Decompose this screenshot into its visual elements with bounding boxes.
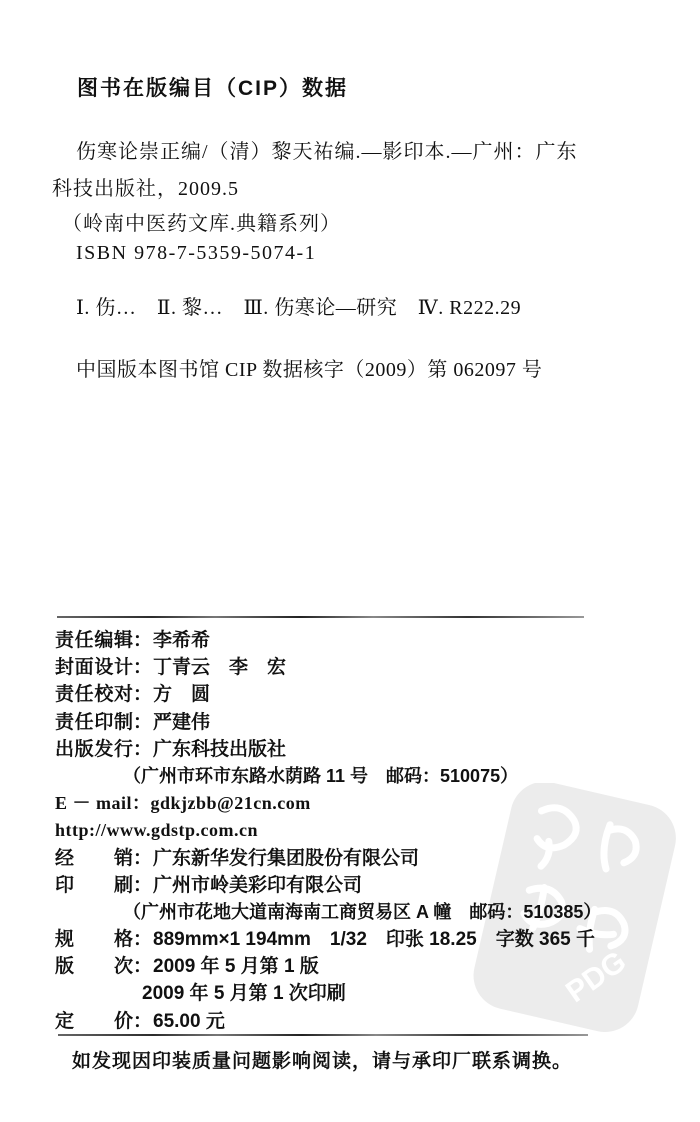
colophon-colon: ： bbox=[133, 627, 153, 654]
colophon-value: 广州市岭美彩印有限公司 bbox=[153, 875, 362, 896]
colophon-row: 规格：889mm×1 194mm 1/32 印张 18.25 字数 365 千 bbox=[55, 926, 655, 953]
colophon-label: 封面设计 bbox=[55, 654, 133, 681]
colophon-colon: ： bbox=[133, 736, 153, 763]
colophon-colon: ： bbox=[133, 953, 153, 980]
colophon-value: 2009 年 5 月第 1 次印刷 bbox=[142, 983, 346, 1004]
colophon-row: 经销：广东新华发行集团股份有限公司 bbox=[55, 845, 655, 872]
colophon-row: 印刷：广州市岭美彩印有限公司 bbox=[55, 872, 655, 899]
cip-series-note: （岭南中医药文库.典籍系列） bbox=[62, 207, 341, 236]
colophon-colon: ： bbox=[133, 709, 153, 736]
colophon-row: 定价：65.00 元 bbox=[55, 1008, 655, 1035]
colophon-label: 经销 bbox=[55, 845, 133, 872]
colophon-row: 封面设计：丁青云 李 宏 bbox=[55, 654, 655, 681]
colophon-label: 规格 bbox=[55, 926, 133, 953]
colophon-label: 责任印制 bbox=[55, 709, 133, 736]
colophon-value: 丁青云 李 宏 bbox=[153, 657, 286, 678]
colophon-colon: ： bbox=[133, 1008, 153, 1035]
colophon-value: 广东科技出版社 bbox=[153, 739, 286, 760]
colophon-value: 严建伟 bbox=[153, 712, 210, 733]
colophon-colon: ： bbox=[133, 681, 153, 708]
colophon-row: 版次：2009 年 5 月第 1 版 bbox=[55, 953, 655, 980]
print-quality-notice: 如发现因印装质量问题影响阅读，请与承印厂联系调换。 bbox=[57, 1046, 587, 1073]
colophon-row: 责任校对：方 圆 bbox=[55, 681, 655, 708]
colophon-label: 印刷 bbox=[55, 872, 133, 899]
colophon-value: 889mm×1 194mm 1/32 印张 18.25 字数 365 千 bbox=[153, 929, 595, 950]
colophon-row: 出版发行：广东科技出版社 bbox=[55, 736, 655, 763]
colophon-row: 责任印制：严建伟 bbox=[55, 709, 655, 736]
colophon-label: 责任校对 bbox=[55, 681, 133, 708]
colophon-row: （广州市环市东路水荫路 11 号 邮码：510075） bbox=[55, 763, 655, 790]
colophon-value: 李希希 bbox=[153, 630, 210, 651]
colophon-row: 2009 年 5 月第 1 次印刷 bbox=[55, 980, 655, 1007]
colophon-value: 广东新华发行集团股份有限公司 bbox=[153, 848, 419, 869]
colophon-row: E － mail：gdkjzbb@21cn.com bbox=[55, 790, 655, 817]
colophon-row: （广州市花地大道南海南工商贸易区 A 幢 邮码：510385） bbox=[55, 899, 655, 926]
colophon-label: 出版发行 bbox=[55, 736, 133, 763]
cip-heading: 图书在版编目（CIP）数据 bbox=[77, 72, 348, 102]
cip-registry-number: 中国版本图书馆 CIP 数据核字（2009）第 062097 号 bbox=[76, 353, 542, 382]
cip-isbn: ISBN 978-7-5359-5074-1 bbox=[76, 242, 316, 265]
cip-entry-line2: 科技出版社，2009.5 bbox=[52, 172, 239, 201]
colophon-value: 方 圆 bbox=[153, 684, 210, 705]
colophon-label: 定价 bbox=[55, 1008, 133, 1035]
cip-entry-line1: 伤寒论崇正编/（清）黎天祐编.—影印本.—广州：广东 bbox=[76, 135, 578, 164]
cip-classification: Ⅰ. 伤… Ⅱ. 黎… Ⅲ. 伤寒论—研究 Ⅳ. R222.29 bbox=[76, 291, 521, 320]
colophon-value: http://www.gdstp.com.cn bbox=[55, 820, 258, 840]
book-copyright-page: PDG 图书在版编目（CIP）数据 伤寒论崇正编/（清）黎天祐编.—影印本.—广… bbox=[0, 0, 700, 1122]
colophon-value: 65.00 元 bbox=[153, 1011, 225, 1032]
colophon-colon: ： bbox=[133, 926, 153, 953]
colophon-value: （广州市花地大道南海南工商贸易区 A 幢 邮码：510385） bbox=[123, 902, 601, 922]
colophon-label: 版次 bbox=[55, 953, 133, 980]
colophon-list: 责任编辑：李希希封面设计：丁青云 李 宏责任校对：方 圆责任印制：严建伟出版发行… bbox=[55, 627, 655, 1035]
colophon-value: E － mail：gdkjzbb@21cn.com bbox=[55, 793, 311, 813]
colophon-value: 2009 年 5 月第 1 版 bbox=[153, 956, 319, 977]
divider-rule-top bbox=[57, 616, 584, 618]
colophon-label: 责任编辑 bbox=[55, 627, 133, 654]
colophon-colon: ： bbox=[133, 872, 153, 899]
colophon-colon: ： bbox=[133, 654, 153, 681]
colophon-value: （广州市环市东路水荫路 11 号 邮码：510075） bbox=[123, 766, 518, 786]
colophon-row: 责任编辑：李希希 bbox=[55, 627, 655, 654]
colophon-colon: ： bbox=[133, 845, 153, 872]
colophon-row: http://www.gdstp.com.cn bbox=[55, 817, 655, 844]
